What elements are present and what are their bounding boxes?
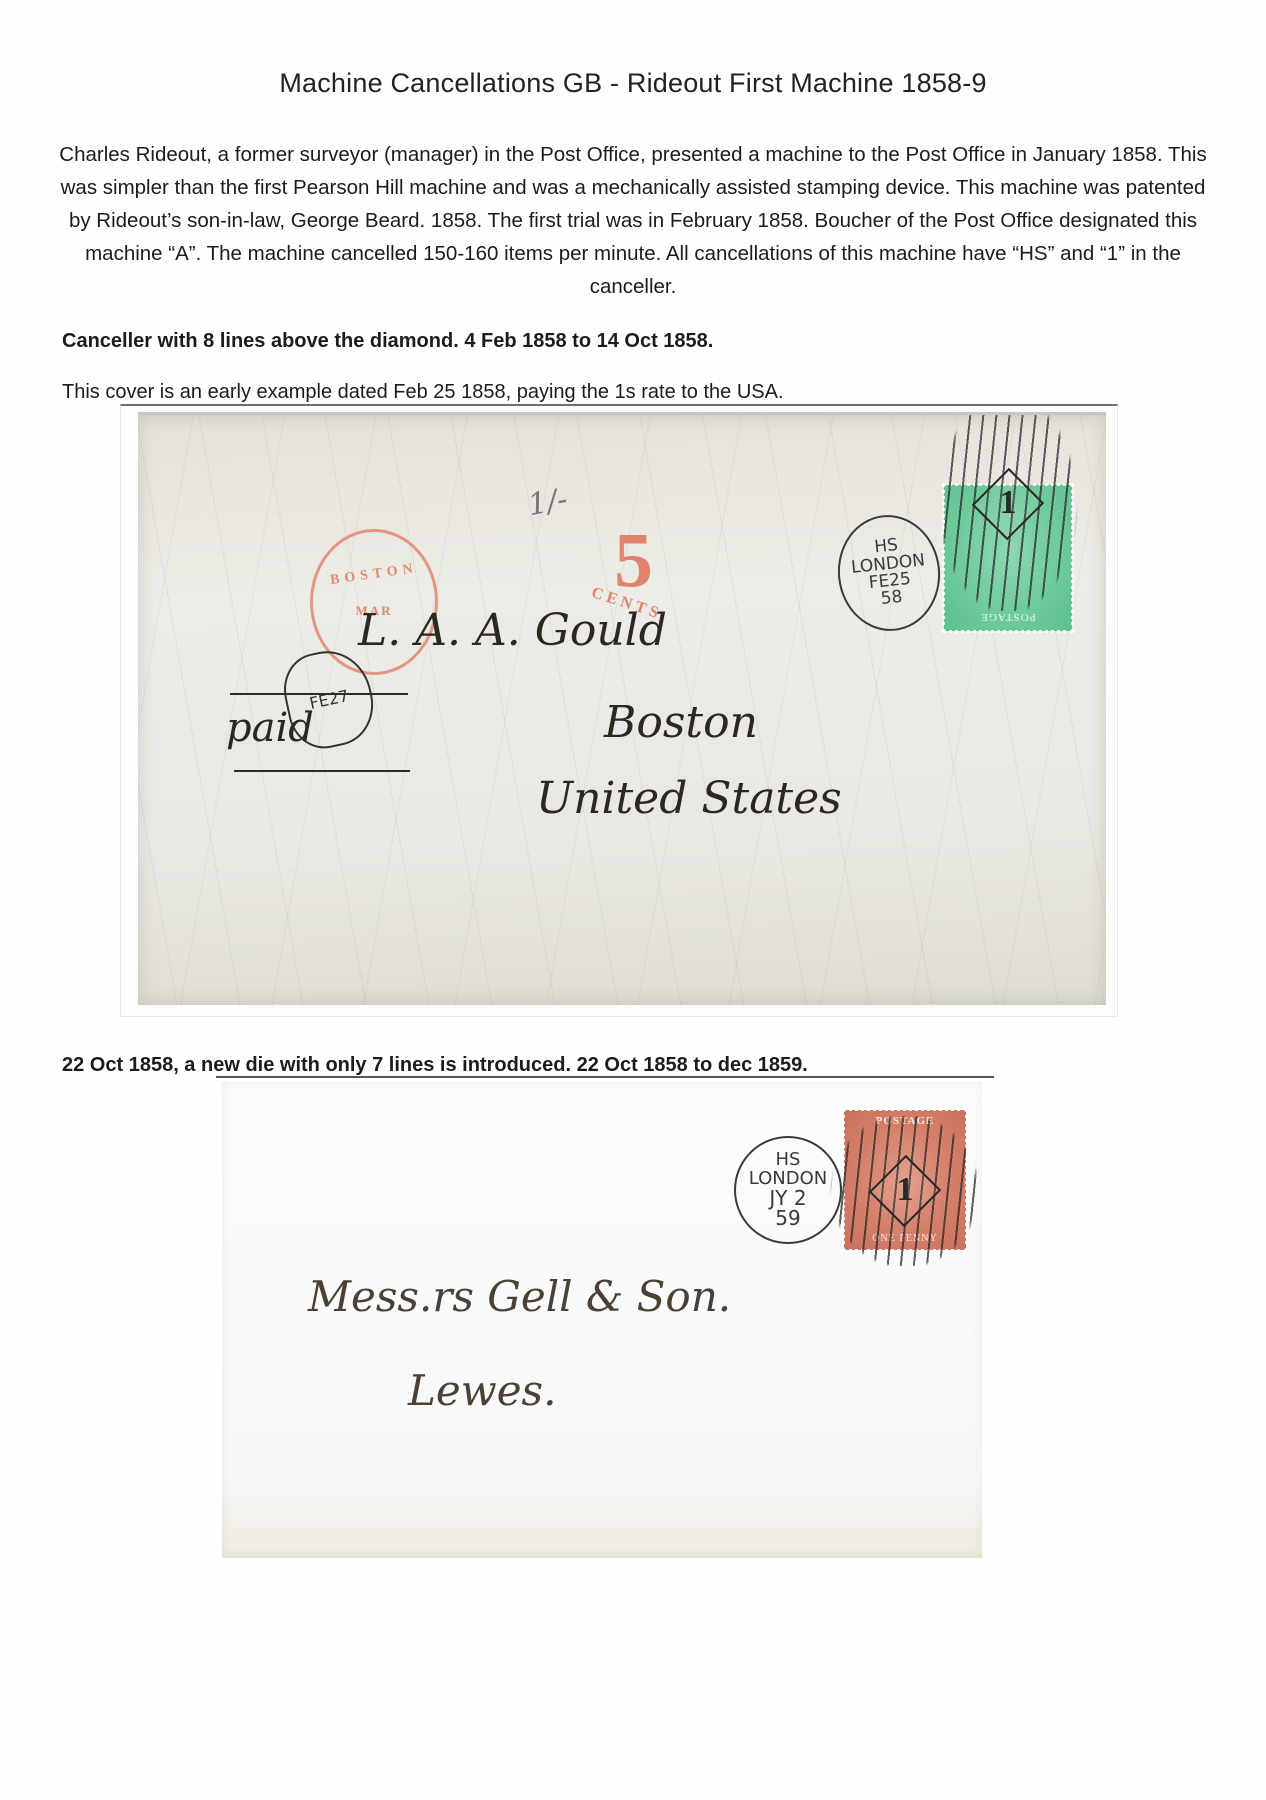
- address-line-town: Lewes.: [408, 1366, 556, 1415]
- seven-lines-die-note: 22 Oct 1858, a new die with only 7 lines…: [62, 1054, 808, 1077]
- paid-manuscript: paid: [226, 705, 314, 751]
- cover-2-envelope: HS LONDON JY 2 59 POSTAGE ONE PENNY 1 Me…: [222, 1082, 982, 1558]
- paid-rule-top: [230, 693, 408, 695]
- paid-rule-bottom: [234, 770, 410, 772]
- hs-london-datestamp: HS LONDON JY 2 59: [734, 1136, 842, 1244]
- address-line-name: Mess.rs Gell & Son.: [308, 1272, 731, 1321]
- hs-1-diamond-obliterator: 1: [830, 1116, 980, 1266]
- canceller-8-lines-note: Canceller with 8 lines above the diamond…: [62, 330, 713, 353]
- address-line-city: Boston: [604, 697, 758, 748]
- address-line-name: L. A. A. Gould: [358, 605, 667, 656]
- cover-1-letter-sheet: 1/- BOSTON MAR 5 CENTS FE27 paid L. A. A…: [138, 412, 1106, 1005]
- cover-1-caption: This cover is an early example dated Feb…: [62, 381, 784, 404]
- rate-manuscript-mark: 1/-: [525, 482, 570, 523]
- intro-paragraph: Charles Rideout, a former surveyor (mana…: [58, 138, 1208, 303]
- hs-1-diamond-obliterator: 1: [938, 412, 1078, 611]
- address-line-country: United States: [536, 773, 842, 824]
- page-title: Machine Cancellations GB - Rideout First…: [0, 68, 1266, 99]
